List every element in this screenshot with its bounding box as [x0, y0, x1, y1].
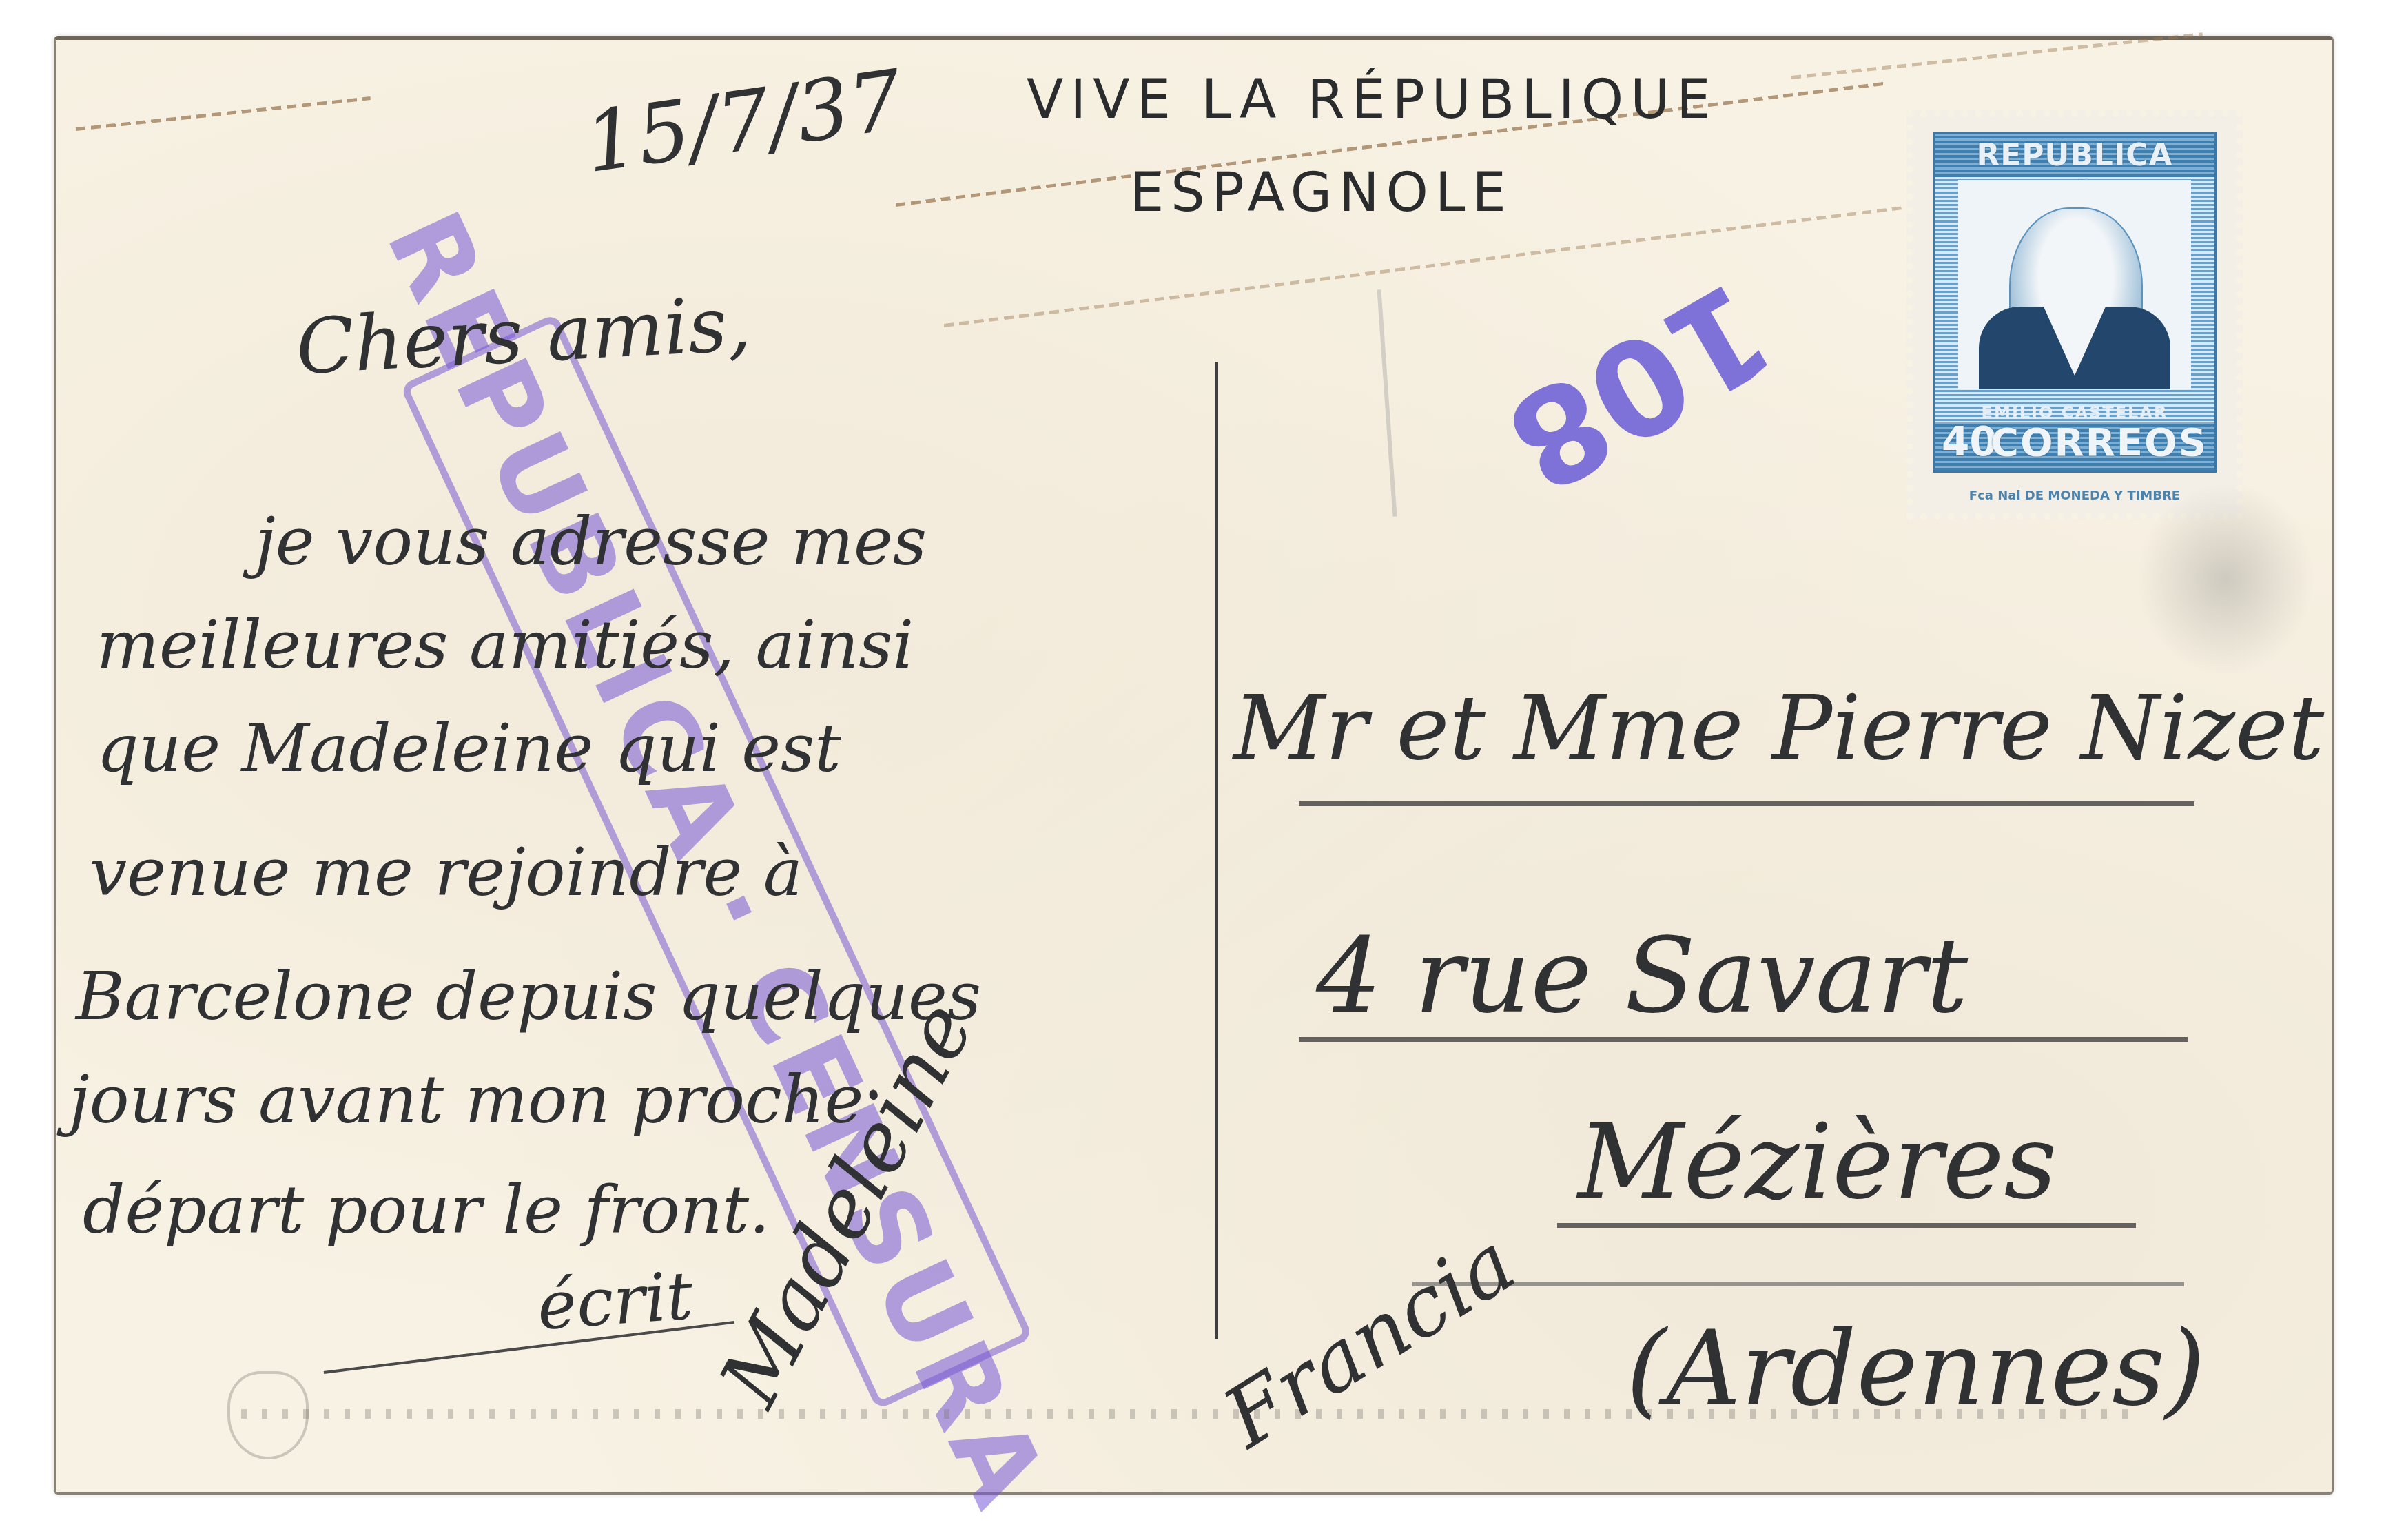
message-line: meilleures amitiés, ainsi: [96, 606, 914, 684]
stamp-portrait: [1958, 180, 2191, 389]
slogan-line1: VIVE LA RÉPUBLIQUE: [1027, 69, 1718, 131]
address-underline: [1299, 1037, 2188, 1042]
stamp-design: REPUBLICA ESPAÑOLA EMILIO CASTELAR 40 CO…: [1933, 132, 2217, 473]
message-line: que Madeleine qui est: [96, 710, 841, 787]
stamp-value: 40: [1942, 418, 1997, 465]
address-department: (Ardennes): [1626, 1309, 2206, 1429]
address-recipient: Mr et Mme Pierre Nizet: [1233, 675, 2324, 780]
postage-stamp: REPUBLICA ESPAÑOLA EMILIO CASTELAR 40 CO…: [1906, 110, 2243, 520]
slogan-line2: ESPAGNOLE: [1130, 162, 1513, 224]
publisher-logo: [227, 1371, 309, 1459]
address-underline: [1557, 1223, 2136, 1228]
address-city: Mézières: [1578, 1102, 2057, 1222]
message-line: jours avant mon proche: [69, 1061, 863, 1138]
stamp-country: REPUBLICA ESPAÑOLA: [1935, 134, 2214, 177]
ink-smudge: [2136, 482, 2315, 675]
address-underline: [1412, 1282, 2184, 1286]
stamp-value-band: 40 CORREOS: [1935, 422, 2214, 471]
message-line: Barcelone depuis quelques: [76, 958, 981, 1035]
message-line: je vous adresse mes: [255, 503, 927, 580]
portrait-coat: [1979, 307, 2170, 389]
message-line: écrit: [535, 1257, 695, 1344]
message-line: venue me rejoindre à: [90, 834, 803, 911]
address-underline: [1299, 801, 2194, 806]
message-line: départ pour le front.: [83, 1171, 770, 1249]
address-street: 4 rue Savart: [1316, 916, 1968, 1036]
stamp-service: CORREOS: [1991, 420, 2208, 465]
address-divider: [1215, 362, 1218, 1339]
